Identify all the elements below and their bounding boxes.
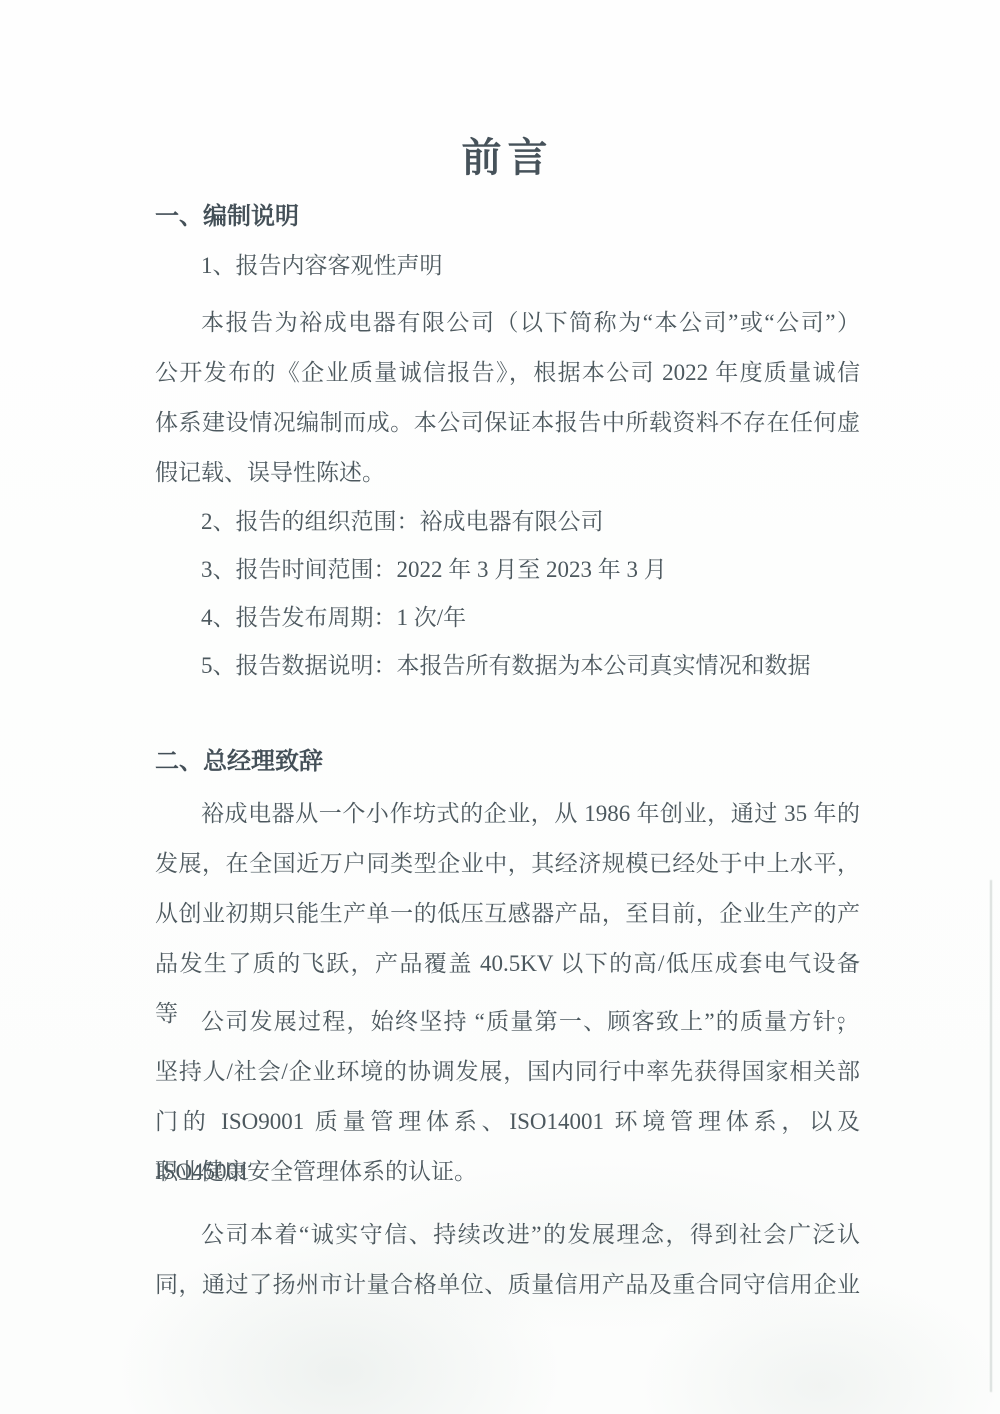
paragraph-line: 从创业初期只能生产单一的低压互感器产品，至目前，企业生产的产 — [155, 889, 860, 939]
paragraph-line: 假记载、误导性陈述。 — [155, 448, 860, 498]
paragraph-line: 职业健康安全管理体系的认证。 — [155, 1147, 860, 1197]
document-title: 前言 — [155, 130, 860, 185]
section1-item4: 4、报告发布周期：1 次/年 — [155, 594, 860, 642]
section2-paragraph3: 公司本着“诚实守信、持续改进”的发展理念，得到社会广泛认 同，通过了扬州市计量合… — [155, 1210, 860, 1310]
section1-paragraph1: 本报告为裕成电器有限公司（以下简称为“本公司”或“公司”） 公开发布的《企业质量… — [155, 298, 860, 498]
paragraph-line: 公司本着“诚实守信、持续改进”的发展理念，得到社会广泛认 — [155, 1210, 860, 1260]
paragraph-line: 裕成电器从一个小作坊式的企业，从 1986 年创业，通过 35 年的 — [155, 789, 860, 839]
section1-item3: 3、报告时间范围：2022 年 3 月至 2023 年 3 月 — [155, 546, 860, 594]
document-content: 前言 一、编制说明 1、报告内容客观性声明 本报告为裕成电器有限公司（以下简称为… — [0, 130, 1000, 1310]
paragraph-line: 体系建设情况编制而成。本公司保证本报告中所载资料不存在任何虚 — [155, 398, 860, 448]
paragraph-line: 发展，在全国近万户同类型企业中，其经济规模已经处于中上水平， — [155, 839, 860, 889]
section2-paragraph1: 裕成电器从一个小作坊式的企业，从 1986 年创业，通过 35 年的 发展，在全… — [155, 789, 860, 989]
paragraph-line: 本报告为裕成电器有限公司（以下简称为“本公司”或“公司”） — [155, 298, 860, 348]
section2-paragraph2: 公司发展过程，始终坚持 “质量第一、顾客致上”的质量方针， 坚持人/社会/企业环… — [155, 997, 860, 1197]
paragraph-line: 公开发布的《企业质量诚信报告》，根据本公司 2022 年度质量诚信 — [155, 348, 860, 398]
section1-item2: 2、报告的组织范围：裕成电器有限公司 — [155, 498, 860, 546]
section2-heading: 二、总经理致辞 — [155, 737, 860, 787]
paragraph-line: 门的 ISO9001 质量管理体系、ISO14001 环境管理体系，以及 ISO… — [155, 1097, 860, 1147]
section1-item5: 5、报告数据说明：本报告所有数据为本公司真实情况和数据 — [155, 642, 860, 690]
scanned-document-page: 前言 一、编制说明 1、报告内容客观性声明 本报告为裕成电器有限公司（以下简称为… — [0, 0, 1000, 1414]
paragraph-line: 品发生了质的飞跃，产品覆盖 40.5KV 以下的高/低压成套电气设备等。 — [155, 939, 860, 989]
section1-item1: 1、报告内容客观性声明 — [155, 242, 860, 290]
section1-heading: 一、编制说明 — [155, 192, 860, 242]
paragraph-line: 公司发展过程，始终坚持 “质量第一、顾客致上”的质量方针， — [155, 997, 860, 1047]
paragraph-line: 同，通过了扬州市计量合格单位、质量信用产品及重合同守信用企业 — [155, 1260, 860, 1310]
paragraph-line: 坚持人/社会/企业环境的协调发展，国内同行中率先获得国家相关部 — [155, 1047, 860, 1097]
